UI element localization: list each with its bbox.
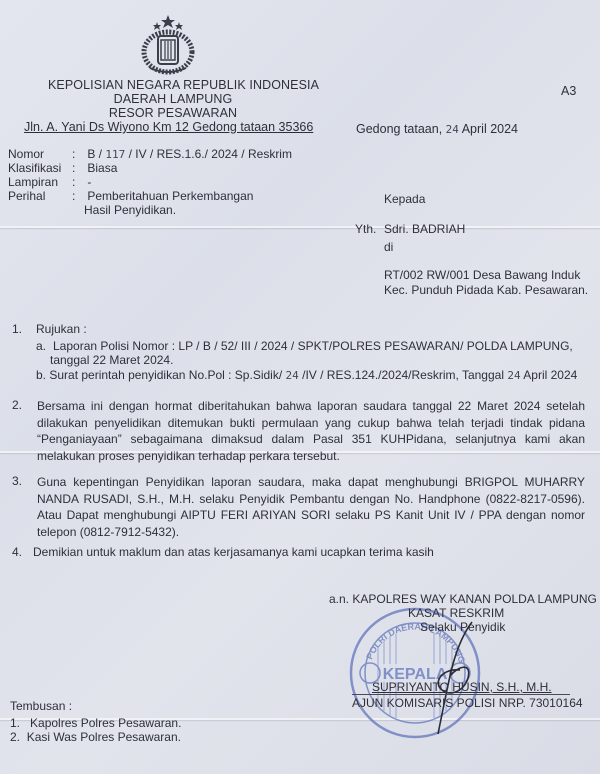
rujukan-b-post: April 2024 <box>523 368 577 382</box>
date-day-handwritten: 24 <box>446 123 459 136</box>
nomor-suffix: / IV / RES.1.6./ 2024 / Reskrim <box>129 147 292 161</box>
rujukan-b-handwritten-number: 24 <box>286 369 299 382</box>
org-name: KEPOLISIAN NEGARA REPUBLIK INDONESIA <box>48 78 298 92</box>
page-code: A3 <box>561 84 576 98</box>
colon: : <box>72 189 84 203</box>
item-4-text: Demikian untuk maklum dan atas kerjasama… <box>33 545 434 559</box>
org-address: Jln. A. Yani Ds Wiyono Km 12 Gedong tata… <box>24 120 313 134</box>
paper-fold <box>0 226 600 228</box>
colon: : <box>72 147 84 161</box>
signatory-name: SUPRIYANTO HUSIN, S.H., M.H. <box>372 680 552 694</box>
item-2-text: Bersama ini dengan hormat diberitahukan … <box>37 398 585 464</box>
meta-lampiran: Lampiran: - <box>8 175 91 189</box>
rujukan-b-letter: b. <box>36 368 46 382</box>
meta-klasifikasi: Klasifikasi: Biasa <box>8 161 117 175</box>
signatory-rank-nrp: AJUN KOMISARIS POLISI NRP. 73010164 <box>352 696 583 710</box>
date-line: Gedong tataan, 24 April 2024 <box>356 122 518 136</box>
tembusan-text: Kasi Was Polres Pesawaran. <box>27 730 181 744</box>
polri-emblem-icon <box>140 14 196 76</box>
recipient-yth: Yth. <box>355 222 376 236</box>
rujukan-a-letter: a. <box>36 339 46 353</box>
colon: : <box>72 161 84 175</box>
meta-label: Nomor <box>8 147 72 161</box>
signature-on-behalf: a.n. KAPOLRES WAY KANAN POLDA LAMPUNG <box>329 592 597 606</box>
meta-label: Klasifikasi <box>8 161 72 175</box>
recipient-address-1: RT/002 RW/001 Desa Bawang Induk <box>384 268 580 282</box>
item-title: Rujukan : <box>36 322 87 336</box>
signature-rule <box>352 694 570 695</box>
rujukan-b-mid: /IV / RES.124./2024/Reskrim, Tanggal <box>302 368 504 382</box>
recipient-address-2: Kec. Punduh Pidada Kab. Pesawaran. <box>384 283 588 297</box>
nomor-handwritten: 117 <box>105 148 125 161</box>
meta-label: Perihal <box>8 189 72 203</box>
org-resor: RESOR PESAWARAN <box>48 106 298 120</box>
nomor-prefix: B / <box>87 147 102 161</box>
item-3-text: Guna kepentingan Penyidikan laporan saud… <box>37 474 585 540</box>
letter-page: KEPOLISIAN NEGARA REPUBLIK INDONESIA DAE… <box>0 0 600 774</box>
rujukan-b-handwritten-day: 24 <box>507 369 520 382</box>
date-place: Gedong tataan, <box>356 122 442 136</box>
colon: : <box>72 175 84 189</box>
meta-value: Pemberitahuan Perkembangan <box>87 189 253 203</box>
tembusan-item-2: 2. Kasi Was Polres Pesawaran. <box>10 730 181 744</box>
meta-value: Biasa <box>87 161 117 175</box>
tembusan-title: Tembusan : <box>10 699 72 713</box>
rujukan-b-pre: Surat perintah penyidikan No.Pol : Sp.Si… <box>49 368 282 382</box>
item-number: 2. <box>12 398 22 412</box>
tembusan-item-1: 1. Kapolres Polres Pesawaran. <box>10 716 181 730</box>
meta-perihal: Perihal: Pemberitahuan Perkembangan <box>8 189 253 203</box>
handwritten-signature-icon <box>420 618 490 738</box>
org-region: DAERAH LAMPUNG <box>48 92 298 106</box>
recipient-di: di <box>384 240 393 254</box>
meta-perihal-line2: Hasil Penyidikan. <box>84 203 176 217</box>
recipient-name: Sdri. BADRIAH <box>384 222 465 236</box>
recipient-kepada: Kepada <box>384 192 425 206</box>
meta-nomor: Nomor: B / 117 / IV / RES.1.6./ 2024 / R… <box>8 147 292 161</box>
tembusan-num: 1. <box>10 716 20 730</box>
meta-label: Lampiran <box>8 175 72 189</box>
rujukan-a-line2: tanggal 22 Maret 2024. <box>50 353 173 367</box>
meta-value: - <box>87 175 91 189</box>
item-number: 1. <box>12 322 22 336</box>
rujukan-b: b. Surat perintah penyidikan No.Pol : Sp… <box>36 368 577 382</box>
item-number: 3. <box>12 474 22 488</box>
tembusan-num: 2. <box>10 730 20 744</box>
tembusan-text: Kapolres Polres Pesawaran. <box>30 716 181 730</box>
date-month-year: April 2024 <box>462 122 518 136</box>
item-number: 4. <box>12 545 22 559</box>
rujukan-a-line1: Laporan Polisi Nomor : LP / B / 52/ III … <box>53 339 573 353</box>
